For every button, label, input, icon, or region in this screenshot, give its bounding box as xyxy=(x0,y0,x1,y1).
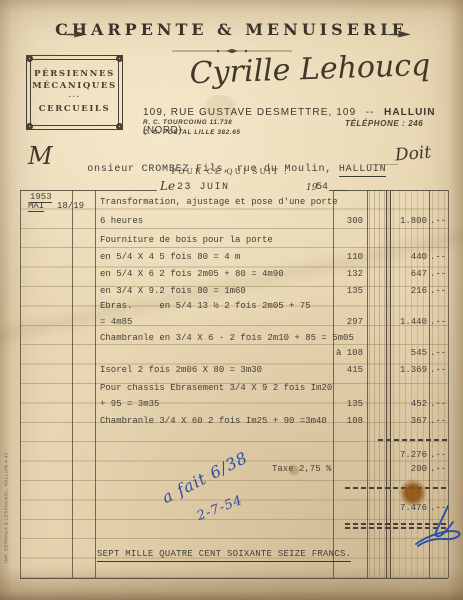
row-price: 415 xyxy=(333,365,363,375)
row-desc: en 5/4 X 4 5 fois 80 = 4 m xyxy=(100,252,240,262)
ledger-vline-double xyxy=(386,190,391,578)
row-desc: Ebras. en 5/4 13 ½ 2 fois 2m05 + 75 xyxy=(100,301,311,311)
street-address: 109, RUE GUSTAVE DESMETTRE, 109 xyxy=(143,107,356,118)
row-cents: .-- xyxy=(430,365,447,375)
row-cents: .-- xyxy=(430,416,447,426)
row-amount: 1.800 xyxy=(390,216,427,226)
row-amount: 1.440 xyxy=(390,317,427,327)
page-title: CHARPENTE & MENUISERIE xyxy=(55,20,408,39)
invoice-document: CHARPENTE & MENUISERIE PÉRSIENNES MÉCANI… xyxy=(0,0,463,600)
row-price: 132 xyxy=(333,269,363,279)
ledger-fine-lines-a xyxy=(369,190,385,579)
row-cents: .-- xyxy=(430,317,447,327)
corner-rosette-icon xyxy=(26,123,33,130)
row-price: 297 xyxy=(333,317,363,327)
row-cents: .-- xyxy=(430,269,447,279)
ledger-days: 18/19 xyxy=(57,201,84,211)
row-cents: .-- xyxy=(430,216,447,226)
ledger-vline-price xyxy=(333,190,334,578)
ledger-bottom-border xyxy=(20,578,448,579)
row-price: 108 xyxy=(333,416,363,426)
total-separator xyxy=(345,487,448,489)
totals-separator xyxy=(378,439,448,441)
ledger-month: MAI xyxy=(28,201,44,212)
address-separator: -- xyxy=(366,107,375,118)
specialty-line-3: CERCUEILS xyxy=(27,104,122,114)
row-amount: 367 xyxy=(390,416,427,426)
tax-cents: .-- xyxy=(430,464,447,474)
ledger-vline-month xyxy=(72,190,73,578)
monsieur-initial: M xyxy=(28,142,53,170)
arrow-ornament-icon xyxy=(384,26,412,44)
ink-stain xyxy=(399,479,427,507)
row-cents: .-- xyxy=(430,286,447,296)
subtotal-value: 7.276 xyxy=(390,450,427,460)
row-desc: Chambranle en 3/4 X 6 - 2 fois 2m10 + 85… xyxy=(100,333,354,343)
amount-in-words: SEPT MILLE QUATRE CENT SOIXANTE SEIZE FR… xyxy=(97,549,351,562)
row-amount: 545 xyxy=(390,348,427,358)
specialty-ornament: ··· xyxy=(27,92,122,101)
specialty-line-1: PÉRSIENNES xyxy=(27,69,122,79)
subtotal-cents: .-- xyxy=(430,450,447,460)
signature-paraph-icon xyxy=(406,502,462,555)
cc-line: C. C. POSTAL LILLE 382.65 xyxy=(143,129,241,136)
corner-rosette-icon xyxy=(116,123,123,130)
corner-rosette-icon xyxy=(26,55,33,62)
row-amount: 1.369 xyxy=(390,365,427,375)
row-desc: Pour chassis Ebrasement 3/4 X 9 2 fois I… xyxy=(100,383,332,393)
ledger-vline-day xyxy=(95,190,96,578)
doit-label: Doit xyxy=(394,142,432,165)
specialty-line-2: MÉCANIQUES xyxy=(27,81,122,91)
recipient-city: HALLUIN xyxy=(339,164,387,177)
row-price: à 108 xyxy=(333,348,363,358)
row-desc: Chambranle 3/4 X 60 2 fois Im25 + 90 =3m… xyxy=(100,416,327,426)
row-price: 110 xyxy=(333,252,363,262)
recipient-rule xyxy=(368,164,398,165)
row-amount: 440 xyxy=(390,252,427,262)
small-stain xyxy=(288,464,300,476)
row-amount: 216 xyxy=(390,286,427,296)
ledger-vline-mid xyxy=(367,190,368,578)
row-price: 300 xyxy=(333,216,363,226)
row-price: 135 xyxy=(333,399,363,409)
corner-rosette-icon xyxy=(116,55,123,62)
header-title-row: CHARPENTE & MENUISERIE xyxy=(0,20,463,40)
arrow-ornament-icon xyxy=(60,26,88,44)
tax-label: Taxe 2,75 % xyxy=(272,464,331,474)
row-amount: 647 xyxy=(390,269,427,279)
tax-value: 200 xyxy=(390,464,427,474)
paper-blemish xyxy=(200,95,240,121)
pour-ce-qui-suit: POUR CE QUI SUIT : xyxy=(140,167,320,176)
row-desc: Transformation, ajustage et pose d'une p… xyxy=(100,197,338,207)
phone-line: TÉLÉPHONE : 246 xyxy=(345,119,423,128)
row-desc: + 95 = 3m35 xyxy=(100,399,159,409)
ledger-vline-left xyxy=(20,190,21,578)
row-desc: = 4m85 xyxy=(100,317,132,327)
city-name: HALLUIN xyxy=(384,107,436,118)
row-desc: Fourniture de bois pour la porte xyxy=(100,235,273,245)
row-desc: 6 heures xyxy=(100,216,143,226)
row-cents: .-- xyxy=(430,348,447,358)
row-amount: 452 xyxy=(390,399,427,409)
row-price: 135 xyxy=(333,286,363,296)
printer-mark: IMP. DERVAUX & LESPAGNOL, HALLUIN 4-47 xyxy=(4,446,9,570)
row-desc: en 3/4 X 9.2 fois 80 = 1m60 xyxy=(100,286,246,296)
row-cents: .-- xyxy=(430,399,447,409)
row-desc: en 5/4 X 6 2 fois 2m05 + 80 = 4m90 xyxy=(100,269,284,279)
row-cents: .-- xyxy=(430,252,447,262)
specialty-box: PÉRSIENNES MÉCANIQUES ··· CERCUEILS xyxy=(26,55,123,130)
row-desc: Isorel 2 fois 2m06 X 80 = 3m30 xyxy=(100,365,262,375)
